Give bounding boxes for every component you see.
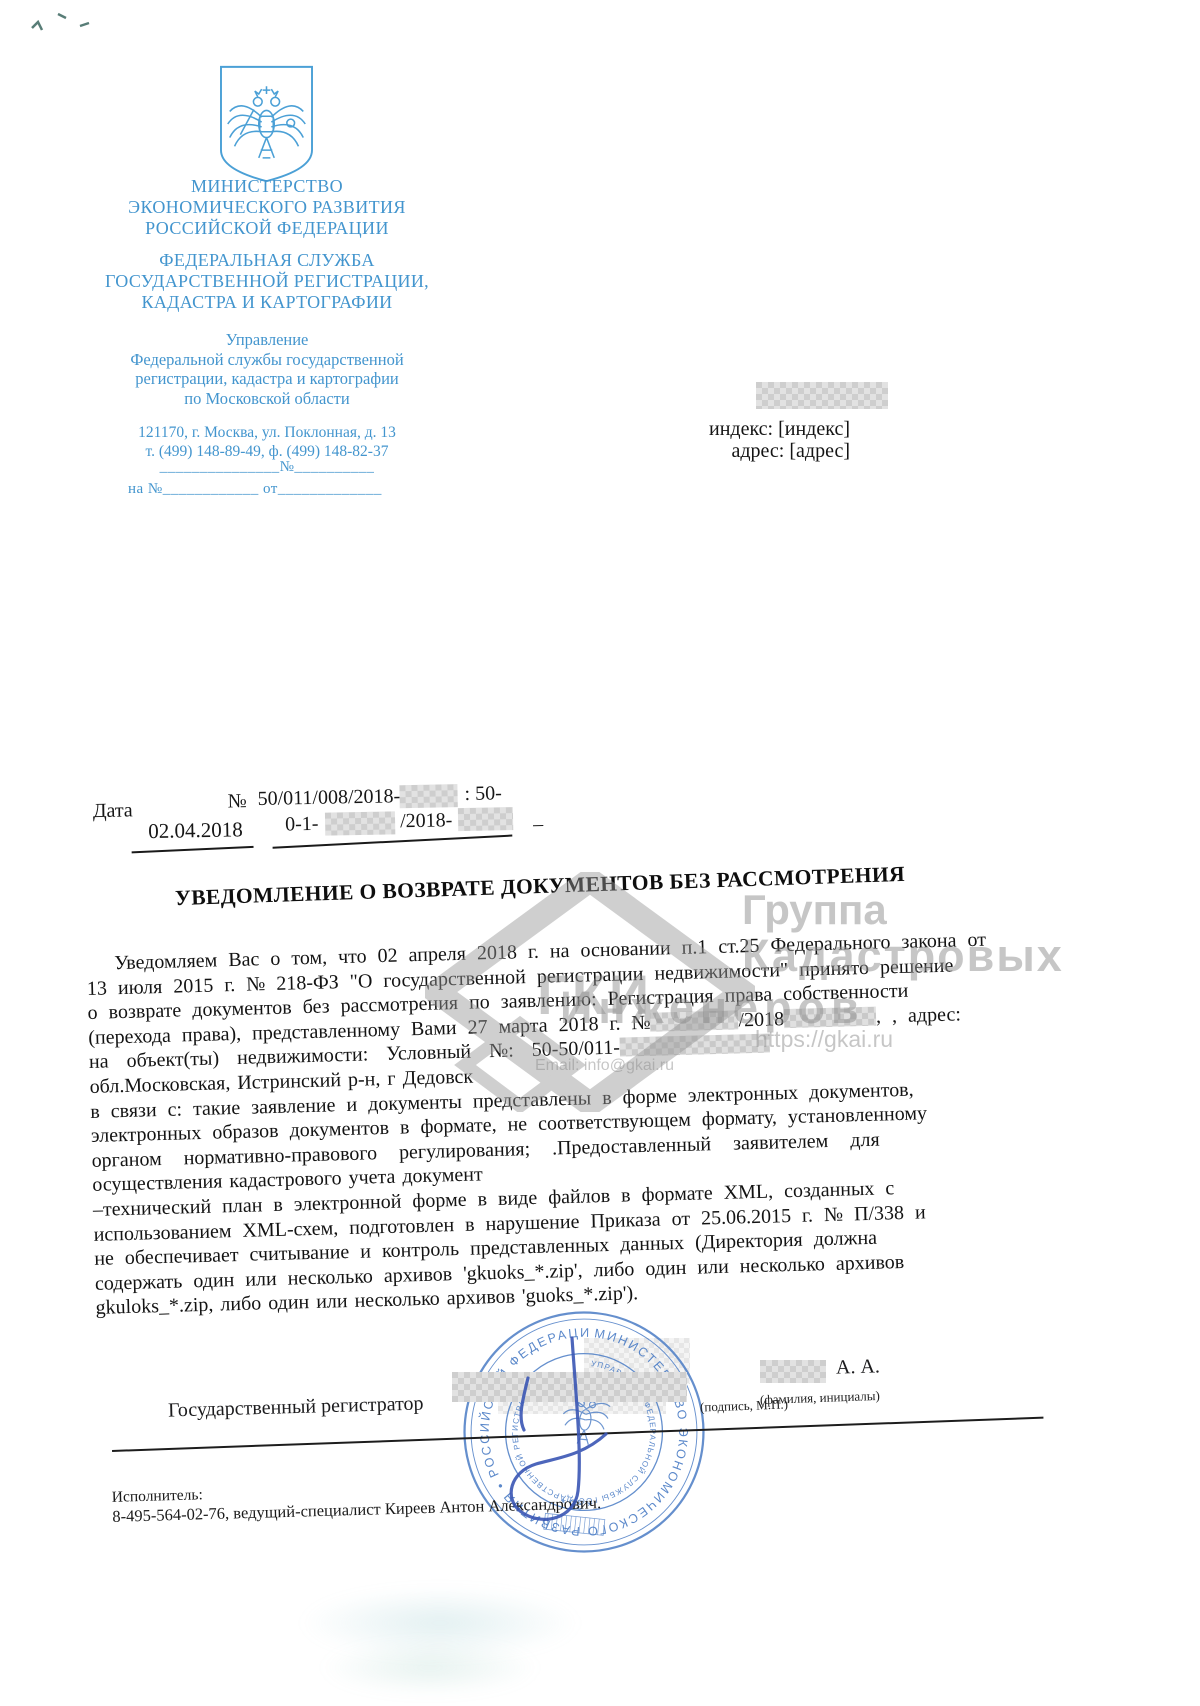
watermark-word-1: Группа <box>742 886 887 934</box>
federal-service-name-line: ГОСУДАРСТВЕННОЙ РЕГИСТРАЦИИ, <box>92 271 442 292</box>
federal-service-name-line: КАДАСТРА И КАРТОГРАФИИ <box>92 292 442 313</box>
name-caption: (фамилия, инициалы) <box>760 1388 880 1408</box>
incoming-reference-blank-line: на №____________ от_____________ <box>128 481 478 498</box>
regional-division-line: Федеральной службы государственной <box>92 350 442 370</box>
date-label: Дата <box>93 799 133 823</box>
regional-division-name: УправлениеФедеральной службы государстве… <box>92 330 442 408</box>
redaction-block-doc-number-3 <box>458 807 513 831</box>
redaction-block-doc-number <box>399 784 457 808</box>
ministry-name-line: РОССИЙСКОЙ ФЕДЕРАЦИИ <box>92 218 442 239</box>
redaction-block-doc-number-2 <box>325 811 395 835</box>
watermark-url: https://gkai.ru <box>755 1026 893 1053</box>
scan-smudge <box>320 1640 540 1695</box>
doc-number-line2-mid: /2018- <box>400 809 453 833</box>
recipient-address-line: адрес: [адрес] <box>635 440 850 462</box>
body-text: , , адрес: <box>876 1003 961 1027</box>
scanned-letter-page: МИНИСТЕРСТВОЭКОНОМИЧЕСКОГО РАЗВИТИЯРОССИ… <box>0 0 1200 1706</box>
doc-number-part1: 50/011/008/2018- <box>257 785 400 811</box>
doc-number-line2-end: _ <box>533 806 543 829</box>
recipient-index-line: индекс: [индекс] <box>635 418 850 440</box>
redaction-block-recipient-name <box>756 382 888 409</box>
date-underline <box>132 846 254 854</box>
ministry-name-line: МИНИСТЕРСТВО <box>92 176 442 197</box>
recipient-block: индекс: [индекс] адрес: [адрес] <box>635 418 850 462</box>
registrar-initials: А. А. <box>836 1355 880 1379</box>
pen-signature <box>458 1306 710 1558</box>
ministry-name: МИНИСТЕРСТВОЭКОНОМИЧЕСКОГО РАЗВИТИЯРОССИ… <box>92 176 442 239</box>
federal-service-name: ФЕДЕРАЛЬНАЯ СЛУЖБАГОСУДАРСТВЕННОЙ РЕГИСТ… <box>92 250 442 313</box>
regional-division-line: регистрации, кадастра и картографии <box>92 369 442 389</box>
outgoing-number-blank-line: _______________№__________ <box>92 459 442 476</box>
federal-service-name-line: ФЕДЕРАЛЬНАЯ СЛУЖБА <box>92 250 442 271</box>
watermark-email: Email: info@gkai.ru <box>535 1057 674 1075</box>
coat-of-arms-emblem-icon <box>213 63 320 185</box>
doc-number-prefix: № <box>227 790 247 813</box>
doc-number-part2: : 50- <box>464 782 502 806</box>
ministry-name-line: ЭКОНОМИЧЕСКОГО РАЗВИТИЯ <box>92 197 442 218</box>
doc-number-line2-start: 0-1- <box>285 813 319 837</box>
contact-line: 121170, г. Москва, ул. Поклонная, д. 13 <box>92 423 442 442</box>
letterhead-contact-info: 121170, г. Москва, ул. Поклонная, д. 13т… <box>92 423 442 461</box>
redaction-block-surname <box>760 1360 826 1383</box>
scan-speck <box>28 8 98 38</box>
regional-division-line: по Московской области <box>92 389 442 409</box>
date-value: 02.04.2018 <box>148 817 243 844</box>
number-underline <box>273 835 513 849</box>
registrar-role-label: Государственный регистратор <box>168 1392 424 1422</box>
watermark-word-2: Кадастровых <box>742 930 1064 982</box>
regional-division-line: Управление <box>92 330 442 350</box>
